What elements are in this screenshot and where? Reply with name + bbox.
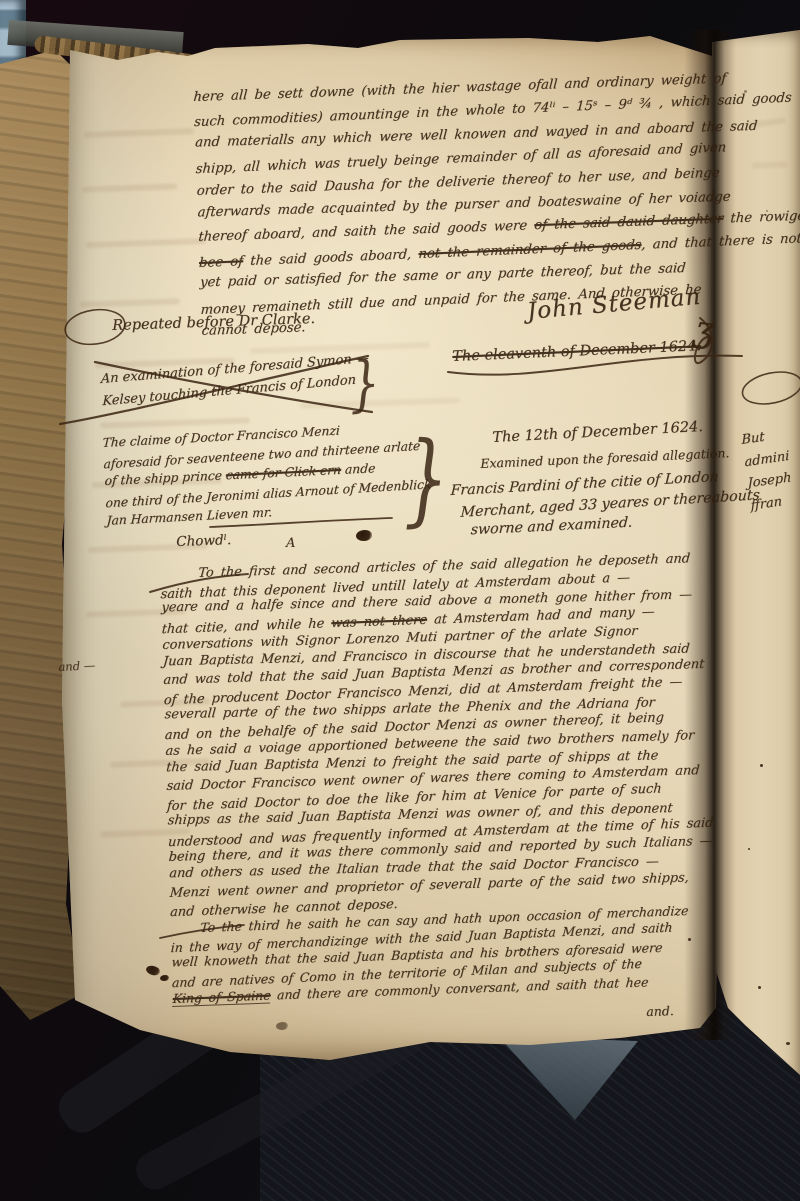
paragraph2-opening-swash <box>160 925 244 938</box>
date-strike-swash <box>448 356 742 375</box>
claim-underline-dash <box>210 518 392 527</box>
next-page-oval-flourish <box>740 367 800 409</box>
cross-out-stroke <box>60 356 368 424</box>
repeated-o-flourish <box>63 306 127 348</box>
pen-flourishes <box>0 0 800 1201</box>
paragraph-opening-swash <box>150 574 248 592</box>
manuscript-photo: here all be sett downe (with the hier wa… <box>0 0 800 1201</box>
